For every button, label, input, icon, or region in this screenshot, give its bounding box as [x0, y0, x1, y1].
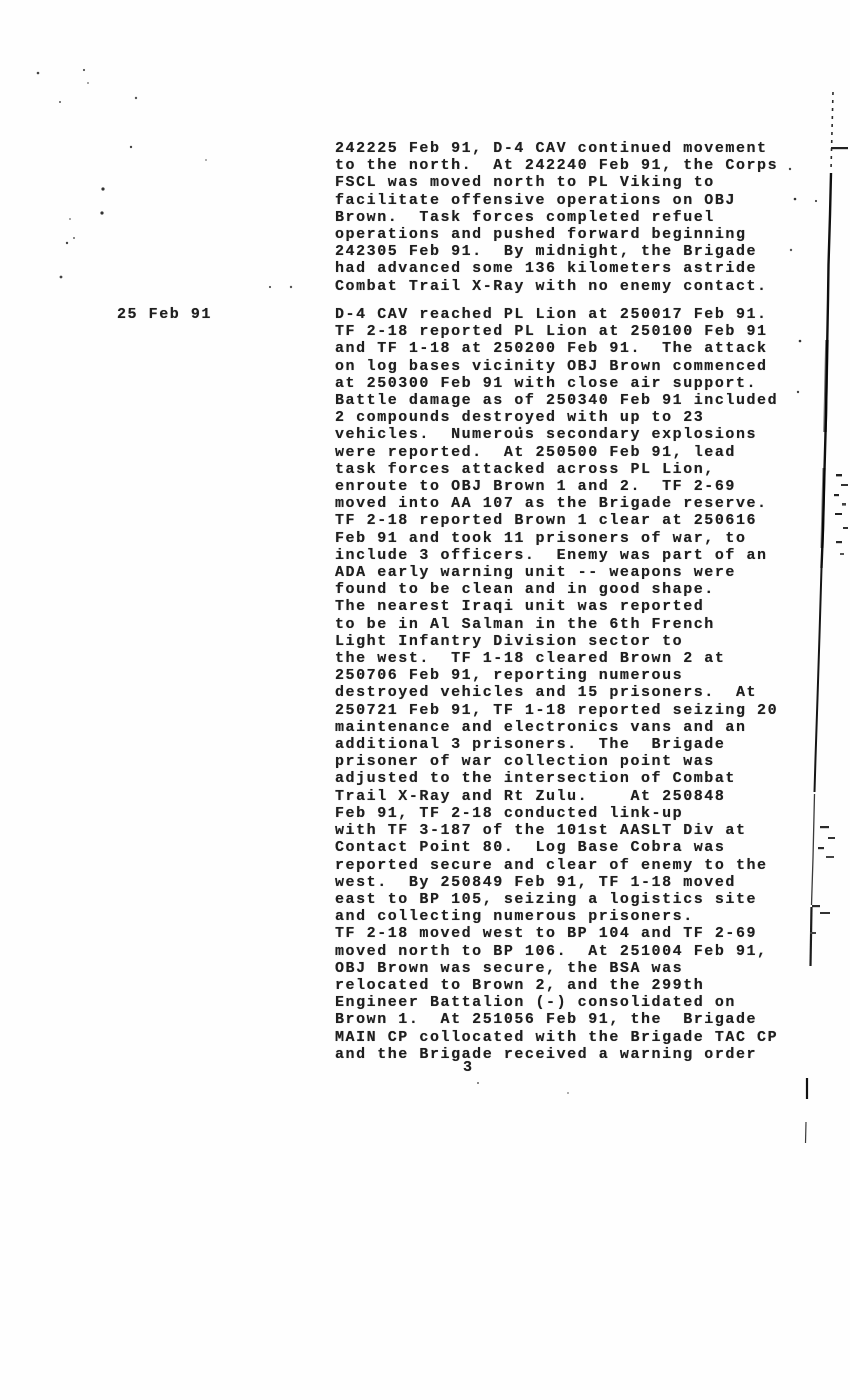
margin-date-label: 25 Feb 91 [117, 306, 212, 323]
paragraph-24-feb-continuation: 242225 Feb 91, D-4 CAV continued movemen… [335, 140, 778, 295]
page-number: 3 [463, 1059, 474, 1076]
paragraph-25-feb: D-4 CAV reached PL Lion at 250017 Feb 91… [335, 306, 778, 1063]
scanned-document-page: 25 Feb 91 242225 Feb 91, D-4 CAV continu… [0, 0, 850, 1400]
